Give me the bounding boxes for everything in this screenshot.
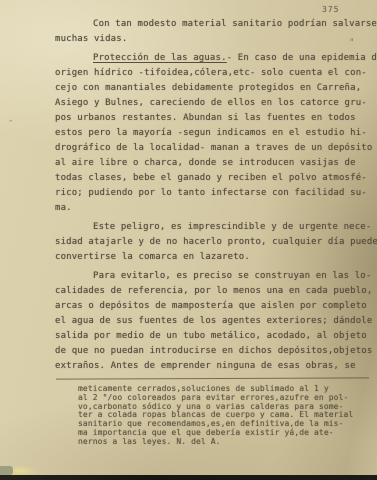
footnote-separator	[56, 377, 369, 379]
text-line: Asiego y Bulnes, careciendo de ellos en …	[55, 96, 365, 111]
text-line: todas clases, bebe el ganado y reciben e…	[55, 171, 365, 186]
paragraph-peligro: Este peligro, es imprescindible y de urg…	[55, 220, 365, 265]
text-line: Protección de las aguas.- En caso de una…	[55, 51, 365, 66]
paragraph-solucion: Para evitarlo, es preciso se construyan …	[55, 269, 365, 374]
text-line: drográfico de la localidad- manan a trav…	[55, 141, 365, 156]
text-line: de que no puedan introducirse en dichos …	[55, 344, 365, 359]
text-line: arcas o depósitos de mampostería que ais…	[55, 299, 365, 314]
paragraph-proteccion-aguas: Protección de las aguas.- En caso de una…	[55, 51, 365, 216]
text-line: Con tan modesto material sanitario podrí…	[55, 17, 365, 32]
text-line: pos urbanos restantes. Abundan si las fu…	[55, 111, 365, 126]
scan-bottom-edge	[0, 475, 377, 480]
text-line: ma.	[55, 201, 365, 216]
text-line: calidades de referencia, por lo menos un…	[55, 284, 365, 299]
section-heading: Protección de las aguas.	[93, 53, 227, 63]
paragraph-intro: Con tan modesto material sanitario podrí…	[55, 17, 365, 47]
text-line: sidad atajarle y de no hacerlo pronto, c…	[55, 235, 365, 250]
text-line: cejo con manantiales debidamente protegi…	[55, 81, 365, 96]
scanned-document-page: 375 - " Con tan modesto material sanitar…	[0, 0, 377, 480]
text-line: salida por medio de un tubo metálico, ac…	[55, 329, 365, 344]
corner-tab	[0, 466, 13, 475]
text-line: al aire libre o charca, donde se introdu…	[55, 156, 365, 171]
text-line: muchas vidas.	[55, 32, 365, 47]
text-line: convertirse la comarca en lazareto.	[55, 250, 365, 265]
text-line: estos pero la mayoría -segun indicamos e…	[55, 126, 365, 141]
text-line: extraños. Antes de emprender ninguna de …	[55, 359, 365, 374]
text-line: rico; pudiendo por lo tanto infectarse c…	[55, 186, 365, 201]
text-line: Para evitarlo, es preciso se construyan …	[55, 269, 365, 284]
document-body: Con tan modesto material sanitario podrí…	[55, 17, 365, 378]
text-line: el agua de sus fuentes de los agentes ex…	[55, 314, 365, 329]
footnote-line: nernos a las leyes. N. del A.	[78, 438, 370, 447]
text-line: origen hídrico -tifoidea,cólera,etc- sol…	[55, 66, 365, 81]
heading-continuation: - En caso de una epidemia de	[227, 53, 377, 63]
footnote: meticamente cerrados,soluciones de subli…	[78, 385, 370, 447]
margin-mark: -	[8, 116, 13, 126]
text-line: Este peligro, es imprescindible y de urg…	[55, 220, 365, 235]
page-number: 375	[322, 5, 339, 14]
